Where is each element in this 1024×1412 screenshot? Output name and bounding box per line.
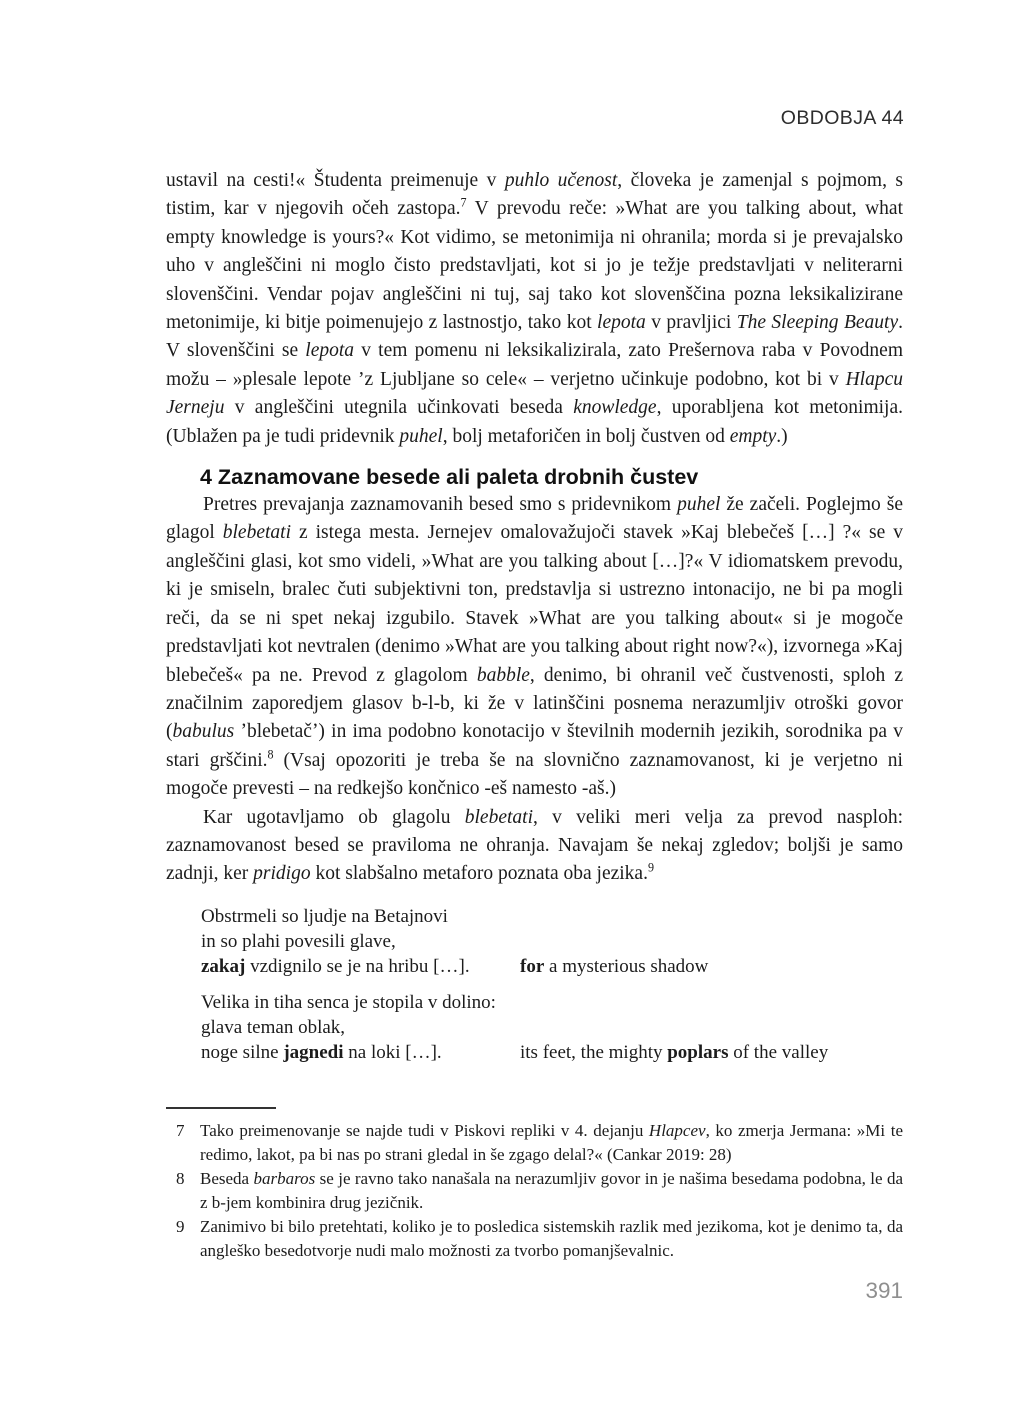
paragraph-2: Pretres prevajanja zaznamovanih besed sm… xyxy=(166,491,903,803)
verse-text-slovenian: glava teman oblak, xyxy=(201,1015,520,1040)
footnote-text: Tako preimenovanje se najde tudi v Pisko… xyxy=(200,1119,903,1167)
footnote-number: 9 xyxy=(166,1215,200,1263)
verse-quotation: Obstrmeli so ljudje na Betajnovi in so p… xyxy=(166,904,903,1065)
footnote-text: Zanimivo bi bilo pretehtati, koliko je t… xyxy=(200,1215,903,1263)
verse-line: glava teman oblak, xyxy=(201,1015,903,1040)
verse-text-english xyxy=(520,990,903,1015)
verse-stanza-1: Obstrmeli so ljudje na Betajnovi in so p… xyxy=(201,904,903,979)
verse-text-slovenian: Obstrmeli so ljudje na Betajnovi xyxy=(201,904,520,929)
document-page: OBDOBJA 44 ustavil na cesti!« Študenta p… xyxy=(0,0,1024,1412)
verse-text-english xyxy=(520,1015,903,1040)
verse-text-english: its feet, the mighty poplars of the vall… xyxy=(520,1040,903,1065)
verse-stanza-2: Velika in tiha senca je stopila v dolino… xyxy=(201,990,903,1065)
footnote-separator-rule xyxy=(166,1107,276,1109)
verse-line: zakaj vzdignilo se je na hribu […]. for … xyxy=(201,954,903,979)
paragraph-continuation: ustavil na cesti!« Študenta preimenuje v… xyxy=(166,167,903,451)
page-number: 391 xyxy=(865,1278,903,1304)
verse-line: Obstrmeli so ljudje na Betajnovi xyxy=(201,904,903,929)
footnote-7: 7 Tako preimenovanje se najde tudi v Pis… xyxy=(166,1119,903,1167)
footnote-number: 7 xyxy=(166,1119,200,1167)
footnotes-section: 7 Tako preimenovanje se najde tudi v Pis… xyxy=(166,1107,903,1263)
section-heading: 4 Zaznamovane besede ali paleta drobnih … xyxy=(166,464,903,490)
verse-text-slovenian: zakaj vzdignilo se je na hribu […]. xyxy=(201,954,520,979)
footnote-9: 9 Zanimivo bi bilo pretehtati, koliko je… xyxy=(166,1215,903,1263)
verse-text-english: for a mysterious shadow xyxy=(520,954,903,979)
footnote-number: 8 xyxy=(166,1167,200,1215)
verse-text-slovenian: in so plahi povesili glave, xyxy=(201,929,520,954)
footnote-8: 8 Beseda barbaros se je ravno tako nanaš… xyxy=(166,1167,903,1215)
verse-line: in so plahi povesili glave, xyxy=(201,929,903,954)
verse-text-slovenian: noge silne jagnedi na loki […]. xyxy=(201,1040,520,1065)
footnote-text: Beseda barbaros se je ravno tako nanašal… xyxy=(200,1167,903,1215)
verse-line: Velika in tiha senca je stopila v dolino… xyxy=(201,990,903,1015)
verse-text-english xyxy=(520,929,903,954)
verse-text-english xyxy=(520,904,903,929)
paragraph-3: Kar ugotavljamo ob glagolu blebetati, v … xyxy=(166,804,903,889)
verse-line: noge silne jagnedi na loki […]. its feet… xyxy=(201,1040,903,1065)
verse-text-slovenian: Velika in tiha senca je stopila v dolino… xyxy=(201,990,520,1015)
running-header: OBDOBJA 44 xyxy=(781,107,904,130)
page-content: ustavil na cesti!« Študenta preimenuje v… xyxy=(166,167,903,1263)
